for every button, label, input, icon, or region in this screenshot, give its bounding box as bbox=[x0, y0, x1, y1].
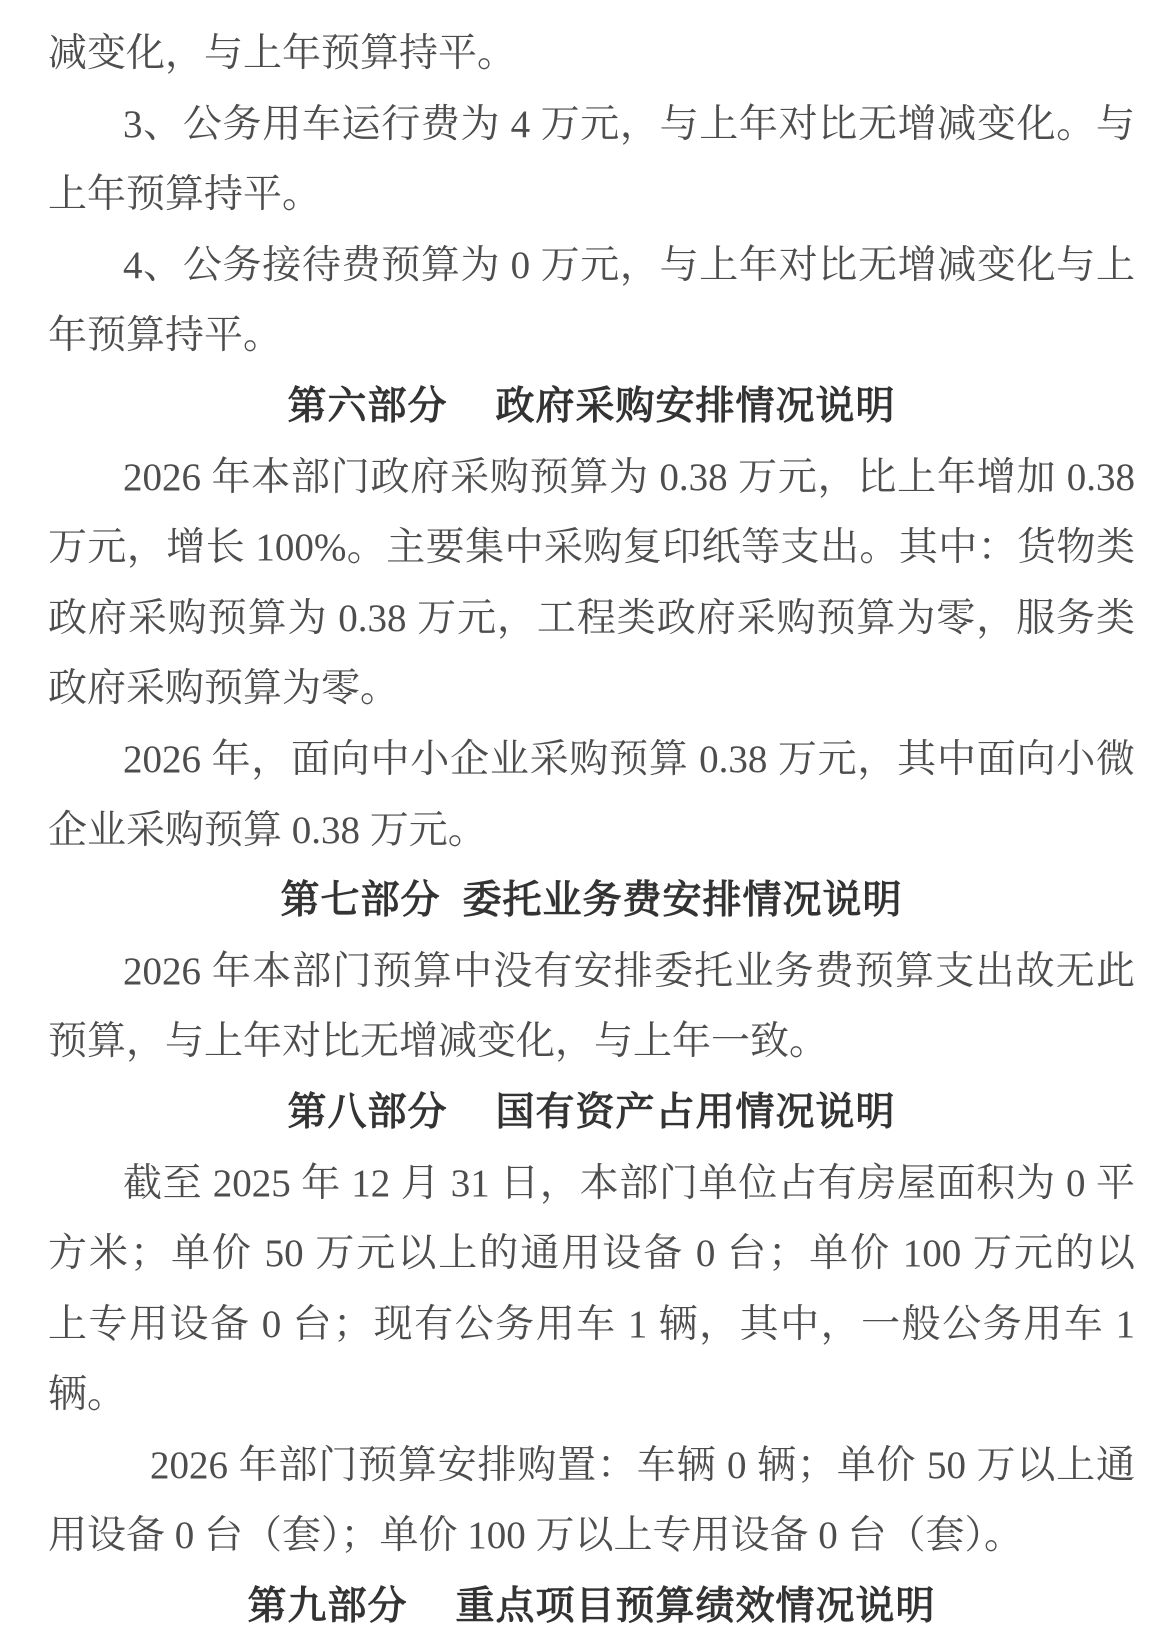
section-7-heading-title: 委托业务费安排情况说明 bbox=[463, 879, 903, 922]
section-6-paragraph-2-line-1: 2026 年，面向中小企业采购预算 0.38 万元，其中面向小微 bbox=[48, 725, 1135, 796]
section-7-heading-number: 第七部分 bbox=[280, 879, 440, 922]
section-6-paragraph-1-line-1: 2026 年本部门政府采购预算为 0.38 万元，比上年增加 0.38 bbox=[48, 443, 1135, 514]
heading-gap bbox=[408, 1618, 456, 1619]
section-6-paragraph-1-line-4: 政府采购预算为零。 bbox=[48, 654, 1135, 725]
section-8-paragraph-2-line-1: 2026 年部门预算安排购置：车辆 0 辆；单价 50 万以上通 bbox=[48, 1431, 1135, 1502]
section-8-paragraph-1-line-4: 辆。 bbox=[48, 1360, 1135, 1431]
heading-gap bbox=[448, 418, 496, 419]
section-6-paragraph-1-line-2: 万元，增长 100%。主要集中采购复印纸等支出。其中：货物类 bbox=[48, 513, 1135, 584]
section-7-paragraph-1-line-1: 2026 年本部门预算中没有安排委托业务费预算支出故无此 bbox=[48, 937, 1135, 1008]
paragraph-3-line-1: 3、公务用车运行费为 4 万元，与上年对比无增减变化。与 bbox=[48, 90, 1135, 161]
document-page: 减变化，与上年预算持平。 3、公务用车运行费为 4 万元，与上年对比无增减变化。… bbox=[0, 0, 1152, 1645]
section-7-paragraph-1-line-2: 预算，与上年对比无增减变化，与上年一致。 bbox=[48, 1007, 1135, 1078]
section-8-heading-title: 国有资产占用情况说明 bbox=[496, 1091, 896, 1134]
section-8-paragraph-1-line-3: 上专用设备 0 台；现有公务用车 1 辆，其中，一般公务用车 1 bbox=[48, 1290, 1135, 1361]
section-8-heading-number: 第八部分 bbox=[287, 1091, 447, 1134]
section-8-paragraph-1-line-2: 方米；单价 50 万元以上的通用设备 0 台；单价 100 万元的以 bbox=[48, 1219, 1135, 1290]
section-8-paragraph-2-line-2: 用设备 0 台（套）；单价 100 万以上专用设备 0 台（套）。 bbox=[48, 1501, 1135, 1572]
section-7-heading: 第七部分委托业务费安排情况说明 bbox=[48, 866, 1135, 937]
section-9-heading: 第九部分重点项目预算绩效情况说明 bbox=[48, 1572, 1135, 1643]
section-9-heading-title: 重点项目预算绩效情况说明 bbox=[456, 1585, 936, 1628]
heading-gap bbox=[441, 912, 463, 913]
paragraph-3-line-2: 上年预算持平。 bbox=[48, 160, 1135, 231]
section-6-paragraph-1-line-3: 政府采购预算为 0.38 万元，工程类政府采购预算为零，服务类 bbox=[48, 584, 1135, 655]
section-6-paragraph-2-line-2: 企业采购预算 0.38 万元。 bbox=[48, 796, 1135, 867]
section-6-heading: 第六部分政府采购安排情况说明 bbox=[48, 372, 1135, 443]
section-6-heading-title: 政府采购安排情况说明 bbox=[496, 385, 896, 428]
heading-gap bbox=[448, 1124, 496, 1125]
paragraph-2-line-end: 减变化，与上年预算持平。 bbox=[48, 19, 1135, 90]
section-9-heading-number: 第九部分 bbox=[247, 1585, 407, 1628]
section-8-paragraph-1-line-1: 截至 2025 年 12 月 31 日，本部门单位占有房屋面积为 0 平 bbox=[48, 1149, 1135, 1220]
section-8-heading: 第八部分国有资产占用情况说明 bbox=[48, 1078, 1135, 1149]
paragraph-4-line-2: 年预算持平。 bbox=[48, 301, 1135, 372]
section-6-heading-number: 第六部分 bbox=[287, 385, 447, 428]
paragraph-4-line-1: 4、公务接待费预算为 0 万元，与上年对比无增减变化与上 bbox=[48, 231, 1135, 302]
